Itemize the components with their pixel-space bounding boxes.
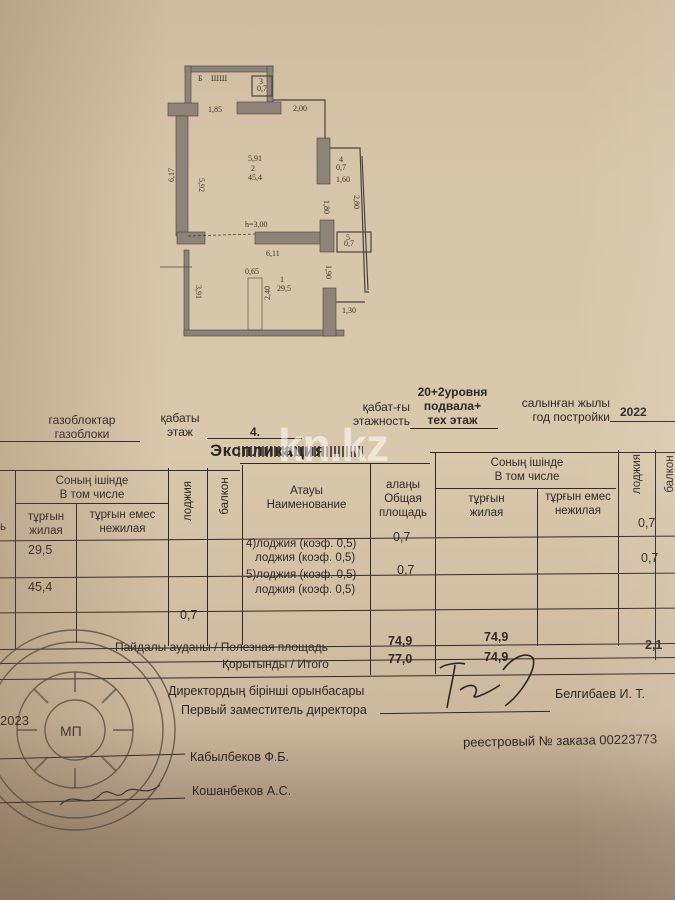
right-row-2-total: 0,7 <box>397 563 414 577</box>
room-5-area: 0,7 <box>344 239 354 248</box>
svg-text:2023: 2023 <box>0 713 29 728</box>
left-row-2-residential: 45,4 <box>28 580 52 594</box>
floor-label: қабаты этаж <box>150 411 210 439</box>
svg-text:1: 1 <box>280 275 284 284</box>
svg-text:1,60: 1,60 <box>336 175 350 184</box>
floor-plan: Б ШШ 3 0,7 1,85 2,00 5,91 2 45,4 6,17 5,… <box>160 60 390 350</box>
deputy-title-kz: Директордың бірінші орынбасары <box>168 684 364 698</box>
right-row-1-name-kz: 4)лоджия (коэф. 0,5) <box>246 538 356 550</box>
room-3-area: 0,7 <box>257 84 267 93</box>
cut-header: ь <box>0 520 14 534</box>
right-row-1-total: 0,7 <box>393 530 410 544</box>
year-label: салынған жылы год постройки <box>510 396 610 424</box>
svg-text:0,65: 0,65 <box>245 267 259 276</box>
left-row-1-residential: 29,5 <box>28 543 52 557</box>
right-loggia-header: лоджия <box>631 451 643 497</box>
svg-text:1,90: 1,90 <box>324 265 333 279</box>
material-label: газоблоктар газоблоки <box>22 413 142 441</box>
grid-line <box>15 503 168 504</box>
grand-total-label: Қорытынды / Итого <box>222 657 329 671</box>
left-loggia-header: лоджия <box>182 478 194 524</box>
svg-text:6,17: 6,17 <box>167 168 176 182</box>
grand-total-total: 77,0 <box>388 652 412 666</box>
right-row-2-loggia: 0,7 <box>641 551 658 565</box>
useful-area-loggia: 2,1 <box>645 638 662 652</box>
left-nonresidential-header: тұрғын емес нежилая <box>77 508 168 536</box>
svg-text:ШШ: ШШ <box>211 74 227 83</box>
svg-text:2: 2 <box>251 164 255 173</box>
executor-2: Кошанбеков А.С. <box>192 784 291 798</box>
floor-plan-drawing: Б ШШ 3 0,7 1,85 2,00 5,91 2 45,4 6,17 5,… <box>160 60 390 350</box>
right-row-2-name-kz: 5)лоджия (коэф. 0,5) <box>246 569 356 581</box>
deputy-name: Белгибаев И. Т. <box>555 687 645 701</box>
room-2-area: 45,4 <box>248 173 262 182</box>
right-row-1-loggia: 0,7 <box>638 516 655 530</box>
svg-text:1,80: 1,80 <box>322 200 331 214</box>
svg-text:3,91: 3,91 <box>194 285 203 299</box>
grid-line <box>0 470 240 471</box>
grid-line <box>436 488 616 489</box>
left-group-header: Соның ішінде В том числе <box>16 474 168 502</box>
grid-line <box>0 608 675 614</box>
svg-text:МП: МП <box>60 723 82 739</box>
document-photo: Б ШШ 3 0,7 1,85 2,00 5,91 2 45,4 6,17 5,… <box>0 0 675 900</box>
order-number: реестровый № заказа 00223773 <box>463 731 657 749</box>
floor-value: 4. <box>250 425 260 439</box>
right-row-1-name-ru: лоджия (коэф. 0,5) <box>255 552 355 564</box>
deputy-signature <box>425 640 565 720</box>
svg-text:h=3,00: h=3,00 <box>245 220 268 229</box>
svg-text:2,80: 2,80 <box>352 195 361 209</box>
material-underline <box>0 441 140 442</box>
grid-line <box>618 450 619 646</box>
grid-line <box>207 468 208 646</box>
svg-text:2,40: 2,40 <box>263 286 272 300</box>
room-1-area: 29,5 <box>277 284 291 293</box>
useful-area-total: 74,9 <box>388 634 412 648</box>
year-underline <box>610 421 675 422</box>
svg-text:1,30: 1,30 <box>342 306 356 315</box>
watermark: kn.kz <box>278 418 388 472</box>
svg-text:5,92: 5,92 <box>197 178 206 192</box>
svg-text:1,85: 1,85 <box>208 105 222 114</box>
left-balcony-header: балкон <box>219 473 231 519</box>
year-value: 2022 <box>620 405 647 419</box>
right-residential-header: тұрғын жилая <box>436 492 537 520</box>
executor-1: Кабылбеков Ф.Б. <box>190 750 289 764</box>
right-nonresidential-header: тұрғын емес нежилая <box>538 490 618 518</box>
left-row-3-loggia: 0,7 <box>180 608 197 622</box>
room-4-area: 0,7 <box>336 163 346 172</box>
svg-text:Б: Б <box>198 74 203 83</box>
total-area-header: алаңы Общая площадь <box>371 478 435 520</box>
svg-text:2,00: 2,00 <box>293 104 307 113</box>
deputy-title-ru: Первый заместитель директора <box>181 703 367 717</box>
storeys-underline <box>410 428 498 429</box>
official-stamp: МП 2023 <box>0 622 190 832</box>
left-residential-header: тұрғын жилая <box>16 510 76 538</box>
svg-text:6,11: 6,11 <box>266 249 280 258</box>
storeys-value: 20+2уровня подвала+ тех этаж <box>410 385 495 427</box>
name-header: Атауы Наименование <box>243 484 370 512</box>
svg-text:5,91: 5,91 <box>248 154 262 163</box>
grid-line <box>168 468 169 646</box>
right-row-2-name-ru: лоджия (коэф. 0,5) <box>255 584 355 596</box>
right-group-header: Соның ішінде В том числе <box>436 456 618 484</box>
right-balcony-header: балкон <box>664 451 675 497</box>
